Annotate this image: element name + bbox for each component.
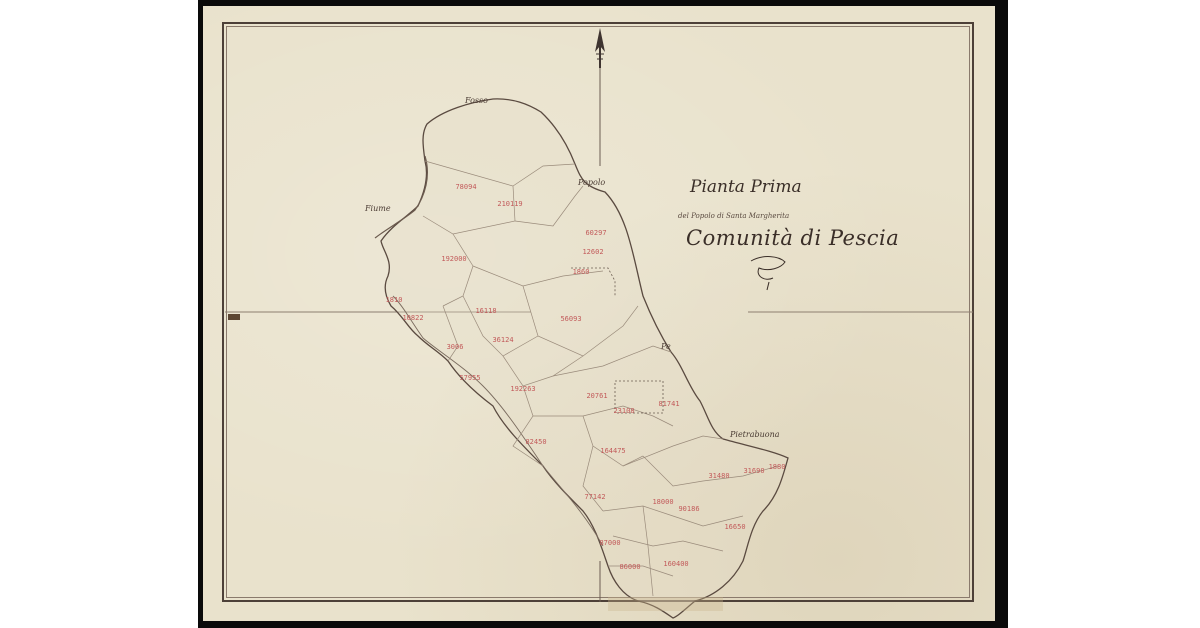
title-flourish-icon (751, 257, 785, 290)
parcel-number: 60297 (585, 229, 606, 237)
map-sheet: Pianta Prima del Popolo di Santa Margher… (203, 6, 995, 621)
parcel-number: 36124 (492, 336, 513, 344)
parcel-number: 1880 (769, 463, 786, 471)
parcel-number: 192263 (510, 385, 535, 393)
place-label: Pe (661, 342, 671, 351)
parcel-number: 3006 (447, 343, 464, 351)
place-label: Pietrabuona (730, 430, 780, 439)
map-title-line3: Comunità di Pescia (686, 226, 899, 250)
parcel-number: 16118 (475, 307, 496, 315)
parcel-number: 210119 (497, 200, 522, 208)
parcel-number: 10822 (402, 314, 423, 322)
map-title-line1: Pianta Prima (690, 177, 802, 197)
place-label: Fosso (465, 96, 488, 105)
parcel-number: 81741 (658, 400, 679, 408)
parcel-number: 160400 (663, 560, 688, 568)
parcel-number: 87000 (599, 539, 620, 547)
parcel-number: 31690 (743, 467, 764, 475)
parcel-number: 56093 (560, 315, 581, 323)
parcel-number: 86000 (619, 563, 640, 571)
place-label: Popolo (578, 178, 605, 187)
map-title-line2: del Popolo di Santa Margherita (678, 212, 789, 220)
paper-damage-mark (228, 314, 240, 320)
parcel-number: 16650 (724, 523, 745, 531)
parcel-number: 31480 (708, 472, 729, 480)
parcel-number: 90186 (678, 505, 699, 513)
map-drawing (203, 6, 995, 621)
parcel-number: 82450 (525, 438, 546, 446)
parcel-number: 23108 (613, 407, 634, 415)
north-arrow-icon (595, 28, 605, 68)
parcel-number: 1860 (573, 268, 590, 276)
parcel-number: 20761 (586, 392, 607, 400)
parcel-number: 18000 (652, 498, 673, 506)
parcel-number: 77142 (584, 493, 605, 501)
parcel-number: 164475 (600, 447, 625, 455)
place-label: Fiume (365, 204, 391, 213)
parcel-number: 78094 (455, 183, 476, 191)
parcel-number: 12602 (582, 248, 603, 256)
parcel-number: 192000 (441, 255, 466, 263)
parcel-number: 57955 (459, 374, 480, 382)
paper-stain (608, 597, 723, 611)
parcel-number: 1810 (386, 296, 403, 304)
